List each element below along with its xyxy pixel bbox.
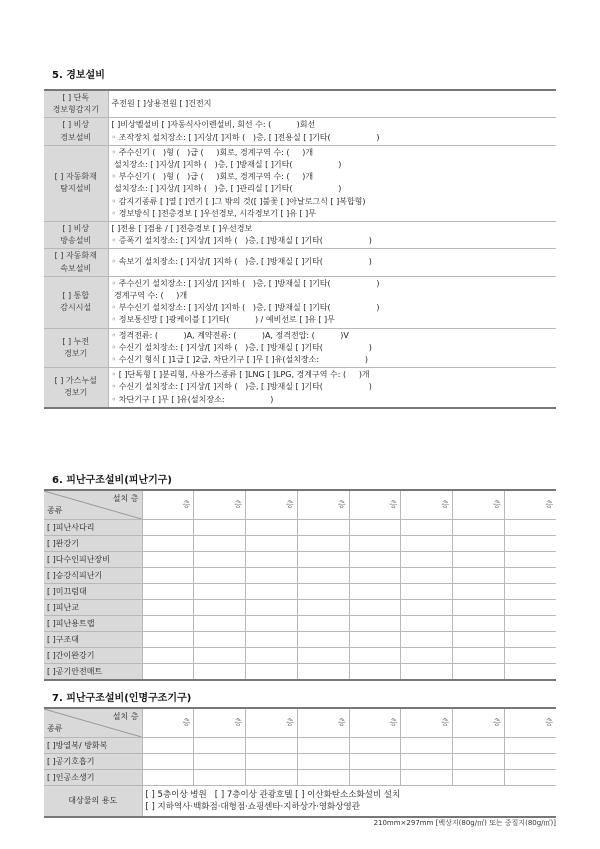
floor-column-header[interactable]: 층 (297, 708, 349, 738)
alarm-row-content: [ ]전용 [ ]겸용 / [ ]전층경보 [ ]우선경보◦ 증폭기 설치장소:… (108, 221, 556, 248)
alarm-row-label: [ ] 통합감시시설 (44, 276, 108, 328)
floor-input-cell[interactable] (401, 568, 453, 584)
alarm-row: [ ] 비상방송설비[ ]전용 [ ]겸용 / [ ]전층경보 [ ]우선경보◦… (44, 221, 556, 248)
floor-input-cell[interactable] (349, 738, 401, 754)
section5-title: 5. 경보설비 (52, 66, 105, 81)
content-line[interactable]: ◦ 조작장치 설치장소: [ ]지상/[ ]지하 ( )층, [ ]전용실 [ … (112, 132, 554, 144)
equipment-type-label[interactable]: [ ]공기안전매트 (44, 664, 142, 681)
floor-input-cell[interactable] (504, 600, 556, 616)
equipment-type-label[interactable]: [ ]완강기 (44, 536, 142, 552)
alarm-row: [ ] 통합감시시설◦ 주수신기 설치장소: [ ]지상/[ ]지하 ( )층,… (44, 276, 556, 328)
alarm-row-content: 주전원 [ ]상용전원 [ ]건전지 (108, 90, 556, 118)
floor-input-cell[interactable] (297, 648, 349, 664)
usage-option-line[interactable]: [ ] 5층이상 병원 [ ] 7층이상 관광호텔 [ ] 이산화탄소소화설비 … (146, 789, 554, 801)
equipment-type-label[interactable]: [ ]간이완강기 (44, 648, 142, 664)
equipment-type-label[interactable]: [ ]다수인피난장비 (44, 552, 142, 568)
floor-input-cell[interactable] (297, 754, 349, 770)
floor-input-cell[interactable] (349, 754, 401, 770)
content-line[interactable]: 주전원 [ ]상용전원 [ ]건전지 (112, 98, 554, 110)
floor-input-cell[interactable] (504, 770, 556, 786)
floor-column-header[interactable]: 층 (401, 490, 453, 520)
floor-input-cell[interactable] (297, 738, 349, 754)
label-line: 경보설비 (45, 132, 107, 144)
floor-input-cell[interactable] (142, 770, 194, 786)
floor-column-header[interactable]: 층 (453, 490, 505, 520)
floor-input-cell[interactable] (504, 632, 556, 648)
floor-input-cell[interactable] (194, 552, 246, 568)
diagonal-header-cell: 설치 층종류 (44, 708, 142, 738)
floor-input-cell[interactable] (194, 754, 246, 770)
floor-input-cell[interactable] (504, 520, 556, 536)
content-line[interactable]: ◦ 정보통신망 [ ]광케이블 [ ]기타( ) / 예비선로 [ ]유 [ ]… (112, 314, 554, 326)
content-line[interactable]: ◦ 수신기 형식 [ ]1급 [ ]2급, 차단기구 [ ]무 [ ]유(설치장… (112, 354, 554, 366)
grid-header-row: 설치 층종류층층층층층층층층 (44, 490, 556, 520)
equipment-type-label[interactable]: [ ]미끄럼대 (44, 584, 142, 600)
header-type-label: 종류 (47, 723, 62, 735)
alarm-row-content: ◦ 주수신기 설치장소: [ ]지상/[ ]지하 ( )층, [ ]방재실 [ … (108, 276, 556, 328)
floor-column-header[interactable]: 층 (246, 490, 298, 520)
floor-input-cell[interactable] (504, 648, 556, 664)
floor-input-cell[interactable] (142, 648, 194, 664)
equipment-row: [ ]방열복/ 방화복 (44, 738, 556, 754)
floor-column-header[interactable]: 층 (504, 490, 556, 520)
floor-input-cell[interactable] (246, 648, 298, 664)
floor-input-cell[interactable] (453, 616, 505, 632)
equipment-type-label[interactable]: [ ]피난용트랩 (44, 616, 142, 632)
equipment-row: [ ]간이완강기 (44, 648, 556, 664)
floor-input-cell[interactable] (246, 520, 298, 536)
floor-input-cell[interactable] (349, 536, 401, 552)
floor-column-header[interactable]: 층 (401, 708, 453, 738)
floor-input-cell[interactable] (349, 584, 401, 600)
floor-input-cell[interactable] (246, 616, 298, 632)
floor-input-cell[interactable] (142, 552, 194, 568)
floor-input-cell[interactable] (194, 568, 246, 584)
content-line[interactable]: ◦ 증폭기 설치장소: [ ]지상/[ ]지하 ( )층, [ ]방재실 [ ]… (112, 235, 554, 247)
equipment-row: [ ]미끄럼대 (44, 584, 556, 600)
floor-input-cell[interactable] (246, 770, 298, 786)
floor-input-cell[interactable] (246, 632, 298, 648)
floor-input-cell[interactable] (194, 664, 246, 681)
floor-input-cell[interactable] (504, 568, 556, 584)
floor-input-cell[interactable] (246, 754, 298, 770)
floor-input-cell[interactable] (453, 754, 505, 770)
floor-input-cell[interactable] (401, 520, 453, 536)
label-line: [ ] 통합 (45, 290, 107, 302)
alarm-row: [ ] 누전경보기◦ 정격전류: ( )A, 계약전류: ( )A, 정격전압:… (44, 328, 556, 368)
floor-input-cell[interactable] (142, 632, 194, 648)
floor-input-cell[interactable] (349, 520, 401, 536)
equipment-type-label[interactable]: [ ]피난교 (44, 600, 142, 616)
floor-input-cell[interactable] (453, 568, 505, 584)
floor-input-cell[interactable] (504, 664, 556, 681)
usage-option-line[interactable]: [ ] 지하역사·백화점·대형점·쇼핑센타·지하상가·영화상영관 (146, 801, 554, 813)
floor-input-cell[interactable] (297, 664, 349, 681)
grid-header-row: 설치 층종류층층층층층층층층 (44, 708, 556, 738)
floor-input-cell[interactable] (504, 584, 556, 600)
floor-input-cell[interactable] (401, 584, 453, 600)
floor-input-cell[interactable] (297, 770, 349, 786)
floor-input-cell[interactable] (142, 584, 194, 600)
label-line: [ ] 자동화재 (45, 171, 107, 183)
floor-input-cell[interactable] (453, 536, 505, 552)
floor-input-cell[interactable] (401, 616, 453, 632)
floor-input-cell[interactable] (504, 738, 556, 754)
label-line: [ ] 단독 (45, 92, 107, 104)
floor-input-cell[interactable] (453, 738, 505, 754)
floor-input-cell[interactable] (246, 584, 298, 600)
floor-input-cell[interactable] (349, 648, 401, 664)
usage-options: [ ] 5층이상 병원 [ ] 7층이상 관광호텔 [ ] 이산화탄소소화설비 … (142, 786, 556, 818)
alarm-row-label: [ ] 비상경보설비 (44, 118, 108, 145)
label-line: [ ] 비상 (45, 119, 107, 131)
floor-column-header[interactable]: 층 (453, 708, 505, 738)
equipment-row: [ ]인공소생기 (44, 770, 556, 786)
equipment-type-label[interactable]: [ ]피난사다리 (44, 520, 142, 536)
floor-input-cell[interactable] (297, 584, 349, 600)
alarm-row-content: ◦ 주수신기 ( )형 ( )급 ( )회로, 경계구역 수: ( )개 설치장… (108, 145, 556, 221)
alarm-row-label: [ ] 가스누설경보기 (44, 368, 108, 408)
label-line: [ ] 자동화재 (45, 250, 107, 262)
floor-input-cell[interactable] (246, 568, 298, 584)
alarm-row: [ ] 단독경보형감지기주전원 [ ]상용전원 [ ]건전지 (44, 90, 556, 118)
alarm-row-label: [ ] 단독경보형감지기 (44, 90, 108, 118)
alarm-row-label: [ ] 누전경보기 (44, 328, 108, 368)
paper-spec-footer: 210mm×297mm [백상지(80g/㎡) 또는 중질지(80g/㎡)] (374, 818, 556, 828)
floor-column-header[interactable]: 층 (504, 708, 556, 738)
floor-input-cell[interactable] (297, 552, 349, 568)
floor-input-cell[interactable] (453, 664, 505, 681)
floor-input-cell[interactable] (453, 770, 505, 786)
alarm-row-content: [ ]비상벨설비 [ ]자동식사이렌설비, 회선 수: ( )회선◦ 조작장치 … (108, 118, 556, 145)
floor-input-cell[interactable] (142, 568, 194, 584)
header-type-label: 종류 (47, 505, 62, 517)
floor-input-cell[interactable] (142, 664, 194, 681)
usage-row: 대상물의 용도[ ] 5층이상 병원 [ ] 7층이상 관광호텔 [ ] 이산화… (44, 786, 556, 818)
content-line[interactable]: 설치장소: [ ]지상/[ ]지하 ( )층, [ ]관리실 [ ]기타( ) (112, 183, 554, 195)
content-line[interactable]: [ ]비상벨설비 [ ]자동식사이렌설비, 회선 수: ( )회선 (112, 119, 554, 131)
content-line[interactable]: ◦ 부수신기 설치장소: [ ]지상/[ ]지하 ( )층, [ ]방재실 [ … (112, 302, 554, 314)
floor-input-cell[interactable] (142, 738, 194, 754)
floor-input-cell[interactable] (194, 600, 246, 616)
floor-column-header[interactable]: 층 (246, 708, 298, 738)
floor-column-header[interactable]: 층 (349, 490, 401, 520)
floor-column-header[interactable]: 층 (194, 490, 246, 520)
floor-input-cell[interactable] (504, 616, 556, 632)
floor-input-cell[interactable] (246, 600, 298, 616)
section6-title: 6. 피난구조설비(피난기구) (52, 471, 172, 486)
content-line[interactable]: 설치장소: [ ]지상/[ ]지하 ( )층, [ ]방재실 [ ]기타( ) (112, 159, 554, 171)
alarm-row: [ ] 비상경보설비[ ]비상벨설비 [ ]자동식사이렌설비, 회선 수: ( … (44, 118, 556, 145)
floor-input-cell[interactable] (401, 632, 453, 648)
floor-input-cell[interactable] (401, 738, 453, 754)
alarm-row-content: ◦ 속보기 설치장소: [ ]지상/[ ]지하 ( )층, [ ]방재실 [ ]… (108, 249, 556, 276)
floor-input-cell[interactable] (297, 632, 349, 648)
content-line[interactable]: ◦ 주수신기 ( )형 ( )급 ( )회로, 경계구역 수: ( )개 (112, 147, 554, 159)
alarm-equipment-table: [ ] 단독경보형감지기주전원 [ ]상용전원 [ ]건전지[ ] 비상경보설비… (44, 89, 556, 409)
floor-input-cell[interactable] (246, 664, 298, 681)
usage-label: 대상물의 용도 (44, 786, 142, 818)
section7-title: 7. 피난구조설비(인명구조기구) (52, 689, 191, 704)
equipment-row: [ ]공기호흡기 (44, 754, 556, 770)
floor-input-cell[interactable] (246, 552, 298, 568)
floor-input-cell[interactable] (142, 754, 194, 770)
label-line: 속보설비 (45, 263, 107, 275)
floor-input-cell[interactable] (504, 552, 556, 568)
floor-input-cell[interactable] (297, 536, 349, 552)
floor-input-cell[interactable] (349, 552, 401, 568)
floor-input-cell[interactable] (349, 664, 401, 681)
floor-input-cell[interactable] (194, 536, 246, 552)
equipment-row: [ ]피난용트랩 (44, 616, 556, 632)
content-line[interactable]: ◦ 수신기 설치장소: [ ]지상/[ ]지하 ( )층, [ ]방재실 [ ]… (112, 342, 554, 354)
equipment-type-label[interactable]: [ ]승강식피난기 (44, 568, 142, 584)
floor-input-cell[interactable] (349, 632, 401, 648)
floor-input-cell[interactable] (142, 520, 194, 536)
rescue-equipment-table: 설치 층종류층층층층층층층층[ ]방열복/ 방화복[ ]공기호흡기[ ]인공소생… (44, 707, 556, 818)
floor-input-cell[interactable] (246, 738, 298, 754)
floor-input-cell[interactable] (453, 648, 505, 664)
floor-input-cell[interactable] (194, 632, 246, 648)
alarm-row-label: [ ] 자동화재탐지설비 (44, 145, 108, 221)
floor-input-cell[interactable] (194, 738, 246, 754)
floor-input-cell[interactable] (401, 536, 453, 552)
header-floor-label: 설치 층 (113, 493, 139, 505)
floor-input-cell[interactable] (453, 552, 505, 568)
floor-input-cell[interactable] (504, 754, 556, 770)
floor-input-cell[interactable] (349, 616, 401, 632)
floor-input-cell[interactable] (194, 770, 246, 786)
content-line[interactable]: [ ]전용 [ ]겸용 / [ ]전층경보 [ ]우선경보 (112, 223, 554, 235)
floor-input-cell[interactable] (453, 600, 505, 616)
equipment-type-label[interactable]: [ ]인공소생기 (44, 770, 142, 786)
label-line: 탐지설비 (45, 183, 107, 195)
content-line[interactable]: ◦ 부수신기 ( )형 ( )급 ( )회로, 경계구역 수: ( )개 (112, 171, 554, 183)
floor-input-cell[interactable] (297, 568, 349, 584)
label-line: 경보기 (45, 348, 107, 360)
equipment-row: [ ]피난사다리 (44, 520, 556, 536)
equipment-row: [ ]공기안전매트 (44, 664, 556, 681)
equipment-row: [ ]승강식피난기 (44, 568, 556, 584)
floor-column-header[interactable]: 층 (142, 708, 194, 738)
equipment-type-label[interactable]: [ ]구조대 (44, 632, 142, 648)
floor-input-cell[interactable] (401, 664, 453, 681)
equipment-type-label[interactable]: [ ]공기호흡기 (44, 754, 142, 770)
alarm-row-label: [ ] 비상방송설비 (44, 221, 108, 248)
alarm-row-content: ◦ [ ]단독형 [ ]분리형, 사용가스종류 [ ]LNG [ ]LPG, 경… (108, 368, 556, 408)
floor-input-cell[interactable] (297, 600, 349, 616)
floor-input-cell[interactable] (453, 584, 505, 600)
diagonal-header-cell: 설치 층종류 (44, 490, 142, 520)
floor-input-cell[interactable] (401, 648, 453, 664)
floor-input-cell[interactable] (401, 600, 453, 616)
equipment-row: [ ]구조대 (44, 632, 556, 648)
content-line[interactable]: ◦ 정격전류: ( )A, 계약전류: ( )A, 정격전압: ( )V (112, 330, 554, 342)
label-line: 경보기 (45, 387, 107, 399)
equipment-row: [ ]피난교 (44, 600, 556, 616)
floor-input-cell[interactable] (349, 770, 401, 786)
content-line[interactable]: ◦ 속보기 설치장소: [ ]지상/[ ]지하 ( )층, [ ]방재실 [ ]… (112, 256, 554, 268)
content-line[interactable]: 경계구역 수: ( )개 (112, 290, 554, 302)
floor-input-cell[interactable] (246, 536, 298, 552)
alarm-row: [ ] 가스누설경보기◦ [ ]단독형 [ ]분리형, 사용가스종류 [ ]LN… (44, 368, 556, 408)
alarm-row-label: [ ] 자동화재속보설비 (44, 249, 108, 276)
label-line: [ ] 비상 (45, 223, 107, 235)
floor-input-cell[interactable] (142, 600, 194, 616)
floor-column-header[interactable]: 층 (349, 708, 401, 738)
label-line: 감시시설 (45, 302, 107, 314)
floor-input-cell[interactable] (194, 648, 246, 664)
equipment-type-label[interactable]: [ ]방열복/ 방화복 (44, 738, 142, 754)
floor-column-header[interactable]: 층 (194, 708, 246, 738)
content-line[interactable]: ◦ 주수신기 설치장소: [ ]지상/[ ]지하 ( )층, [ ]방재실 [ … (112, 278, 554, 290)
label-line: 방송설비 (45, 235, 107, 247)
floor-input-cell[interactable] (297, 520, 349, 536)
equipment-row: [ ]완강기 (44, 536, 556, 552)
header-floor-label: 설치 층 (113, 711, 139, 723)
content-line[interactable]: ◦ 감지기종류 [ ]열 [ ]연기 [ ]그 밖의 것([ ]불꽃 [ ]아날… (112, 196, 554, 208)
equipment-row: [ ]다수인피난장비 (44, 552, 556, 568)
floor-input-cell[interactable] (142, 616, 194, 632)
content-line[interactable]: ◦ 수신기 설치장소: [ ]지상/[ ]지하 ( )층, [ ]방재실 [ ]… (112, 381, 554, 393)
floor-input-cell[interactable] (349, 600, 401, 616)
alarm-row: [ ] 자동화재속보설비◦ 속보기 설치장소: [ ]지상/[ ]지하 ( )층… (44, 249, 556, 276)
label-line: 경보형감지기 (45, 104, 107, 116)
floor-input-cell[interactable] (453, 520, 505, 536)
label-line: [ ] 가스누설 (45, 375, 107, 387)
floor-input-cell[interactable] (194, 520, 246, 536)
floor-input-cell[interactable] (194, 616, 246, 632)
alarm-row-content: ◦ 정격전류: ( )A, 계약전류: ( )A, 정격전압: ( )V◦ 수신… (108, 328, 556, 368)
floor-input-cell[interactable] (349, 568, 401, 584)
floor-input-cell[interactable] (401, 754, 453, 770)
floor-input-cell[interactable] (297, 616, 349, 632)
alarm-row: [ ] 자동화재탐지설비◦ 주수신기 ( )형 ( )급 ( )회로, 경계구역… (44, 145, 556, 221)
floor-input-cell[interactable] (401, 552, 453, 568)
content-line[interactable]: ◦ 경보방식 [ ]전층경보 [ ]우선경보, 시각경보기 [ ]유 [ ]무 (112, 208, 554, 220)
evacuation-equipment-table: 설치 층종류층층층층층층층층[ ]피난사다리[ ]완강기[ ]다수인피난장비[ … (44, 489, 556, 681)
floor-input-cell[interactable] (453, 632, 505, 648)
floor-column-header[interactable]: 층 (142, 490, 194, 520)
content-line[interactable]: ◦ 차단기구 [ ]무 [ ]유(설치장소: ) (112, 394, 554, 406)
floor-input-cell[interactable] (504, 536, 556, 552)
label-line: [ ] 누전 (45, 336, 107, 348)
floor-input-cell[interactable] (401, 770, 453, 786)
floor-column-header[interactable]: 층 (297, 490, 349, 520)
floor-input-cell[interactable] (142, 536, 194, 552)
content-line[interactable]: ◦ [ ]단독형 [ ]분리형, 사용가스종류 [ ]LNG [ ]LPG, 경… (112, 369, 554, 381)
floor-input-cell[interactable] (194, 584, 246, 600)
